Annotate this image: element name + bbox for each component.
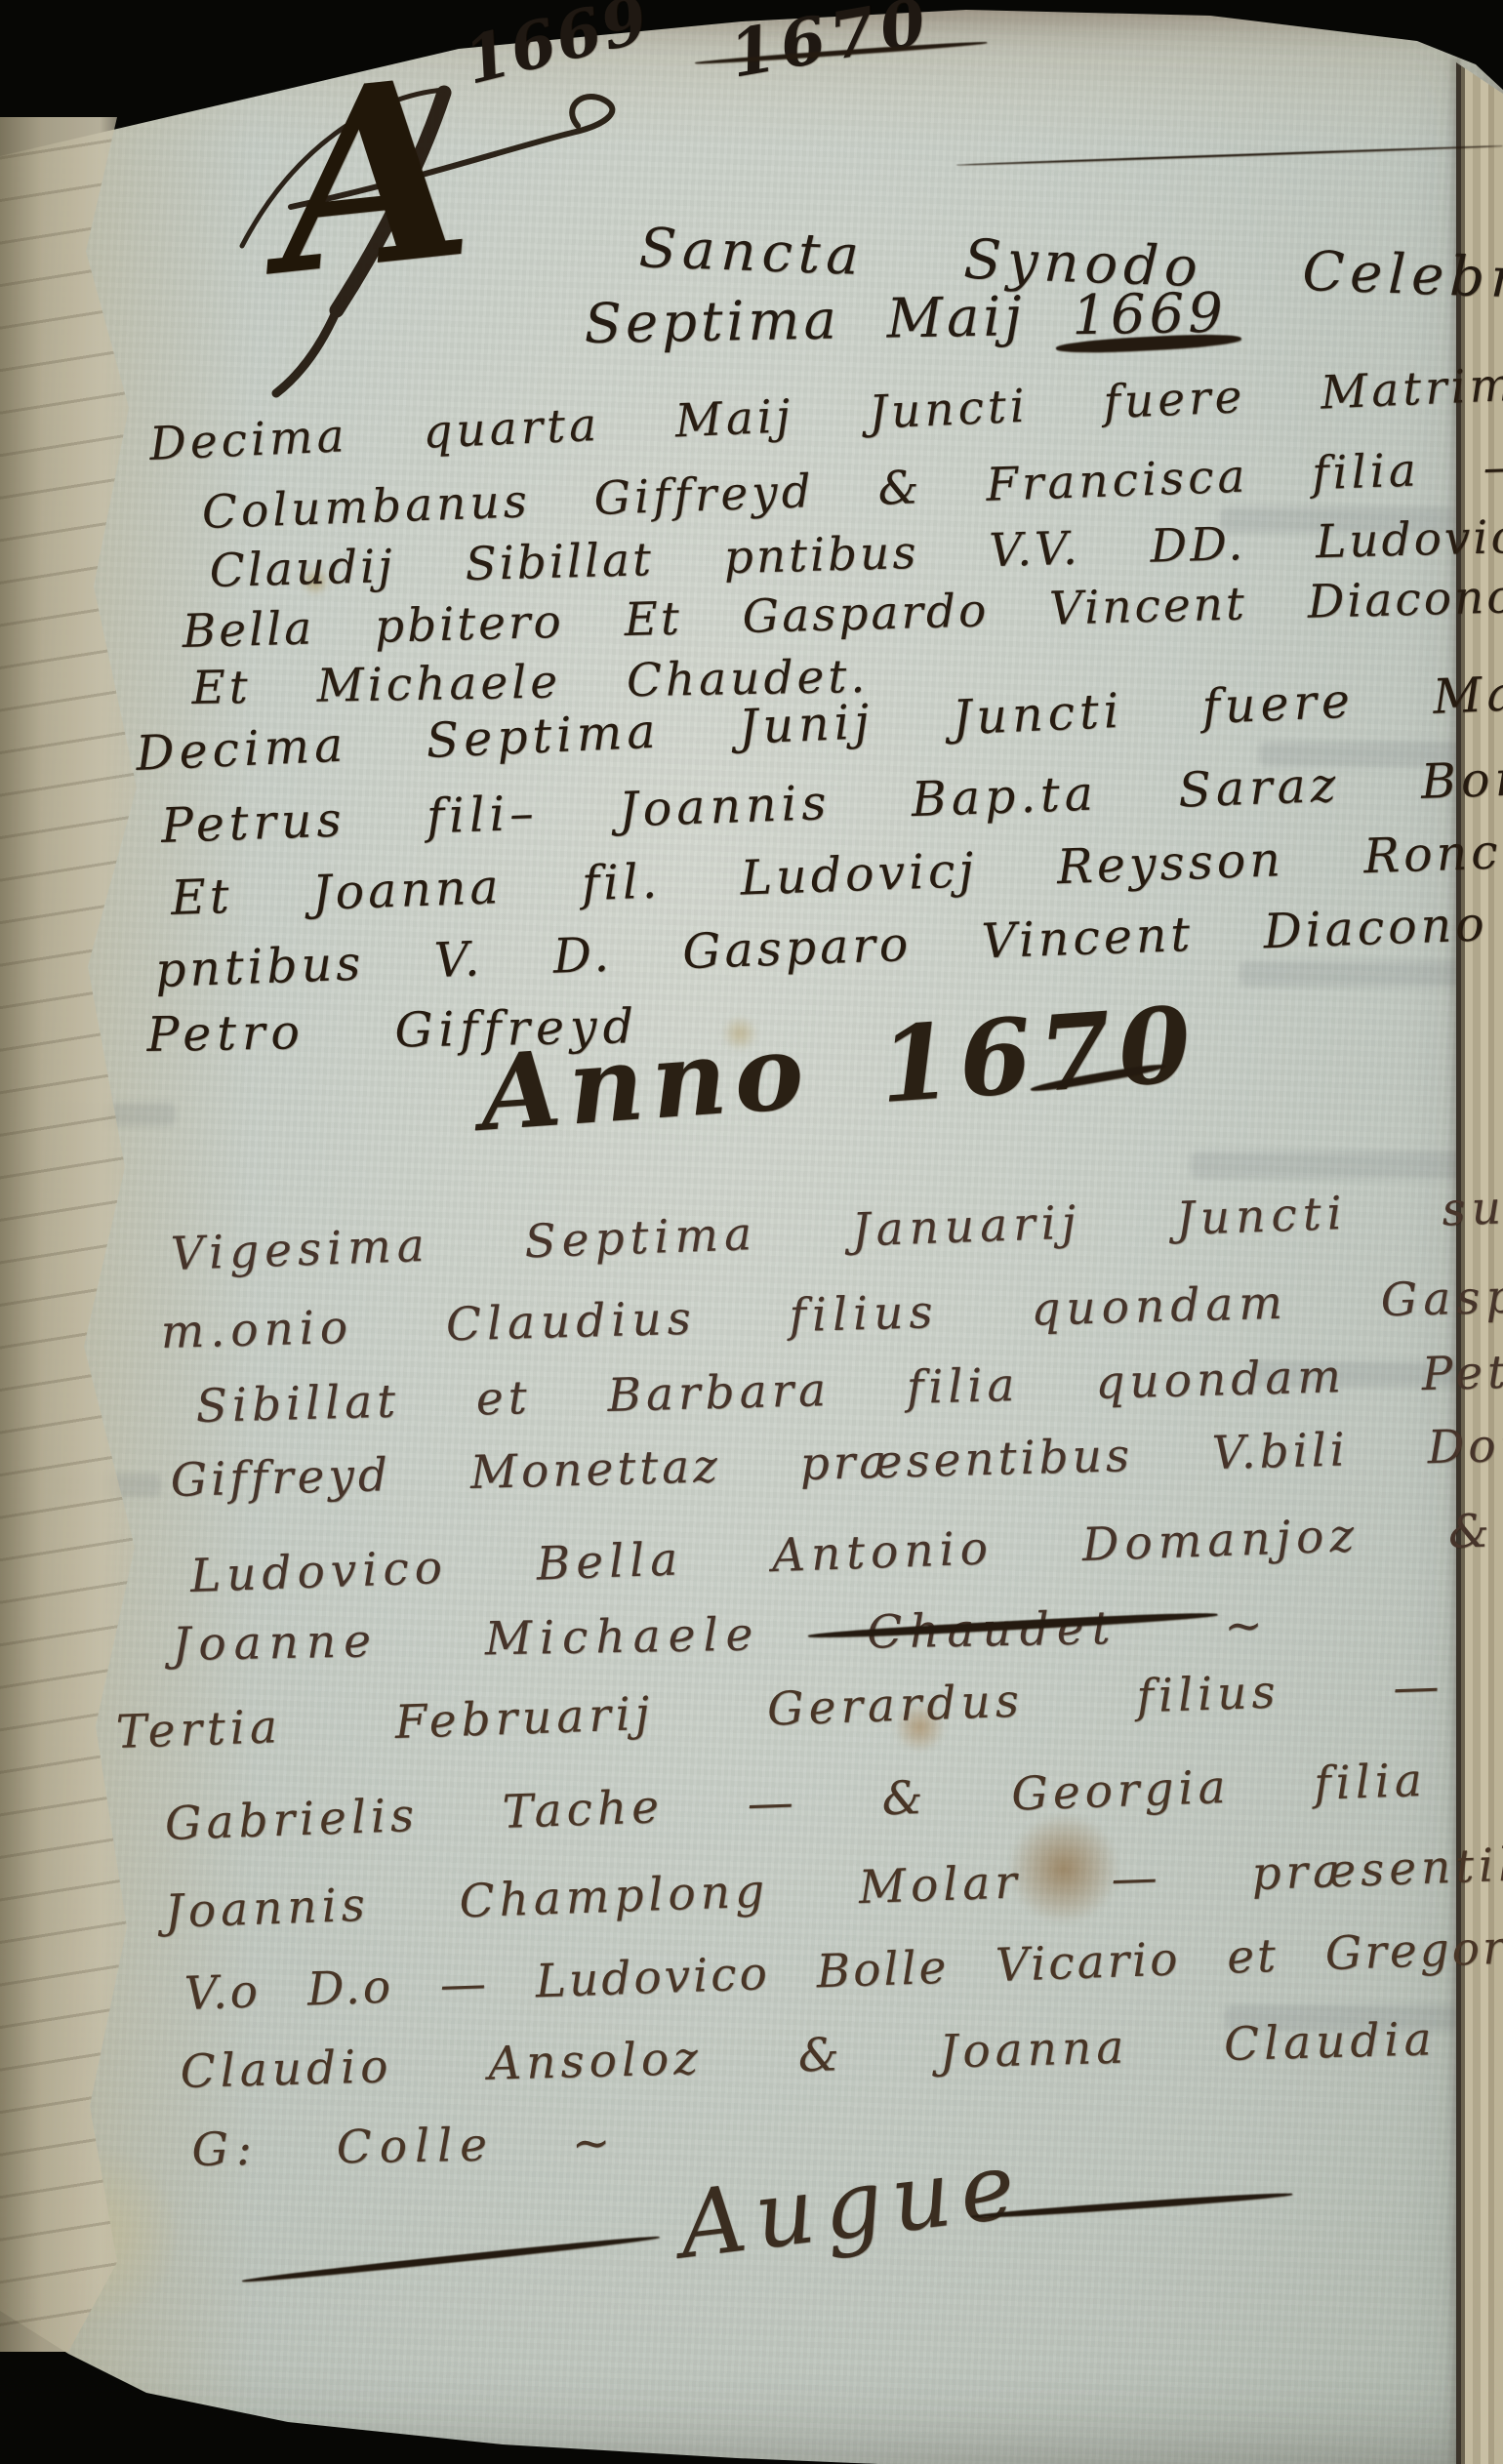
scratch-line-top	[956, 144, 1503, 166]
ink-layer: 16691670ASancta Synodo CelebrataSeptima …	[0, 0, 1503, 2464]
entry-1670-jan27-line-5: Ludovico Bella Antonio Domanjoz &	[189, 1504, 1496, 1603]
entry-1670-feb3-line-3: Joannis Champlong Molar — præsentibus	[164, 1836, 1503, 1939]
year-left: 1669	[457, 0, 657, 100]
entry-1670-feb3-line-4: V.o D.o — Ludovico Bolle Vicario et Greg…	[183, 1919, 1503, 2021]
entry-1670-jan27-line-4: Giffreyd Monettaz præsentibus V.bili Dom…	[170, 1417, 1503, 1508]
entry-1670-jan27-line-3: Sibillat et Barbara filia quondam Petri	[195, 1344, 1503, 1434]
entry-1670-jan27-line-6: Joanne Michaele Chaudet ~	[172, 1598, 1271, 1672]
entry-1670-feb3-line-1: Tertia Februarij Gerardus filius —	[115, 1659, 1444, 1758]
entry-1670-feb3-line-6: G: Colle ~	[191, 2116, 619, 2177]
initial-letter: A	[262, 23, 481, 331]
entry-1670-feb3-line-2: Gabrielis Tache — & Georgia filia	[164, 1754, 1428, 1851]
closing-signature: Augue	[673, 2132, 1030, 2280]
entry-1670-jan27-line-2: m.onio Claudius filius quondam Gaspari	[160, 1268, 1503, 1359]
entry-1670-feb3-line-5: Claudio Ansoloz & Joanna Claudia	[180, 2012, 1437, 2099]
signature-underline	[242, 2234, 660, 2284]
manuscript-scan: 16691670ASancta Synodo CelebrataSeptima …	[0, 0, 1503, 2464]
entry-1670-jan27-line-1: Vigesima Septima Januarij Juncti sunt	[170, 1179, 1503, 1281]
